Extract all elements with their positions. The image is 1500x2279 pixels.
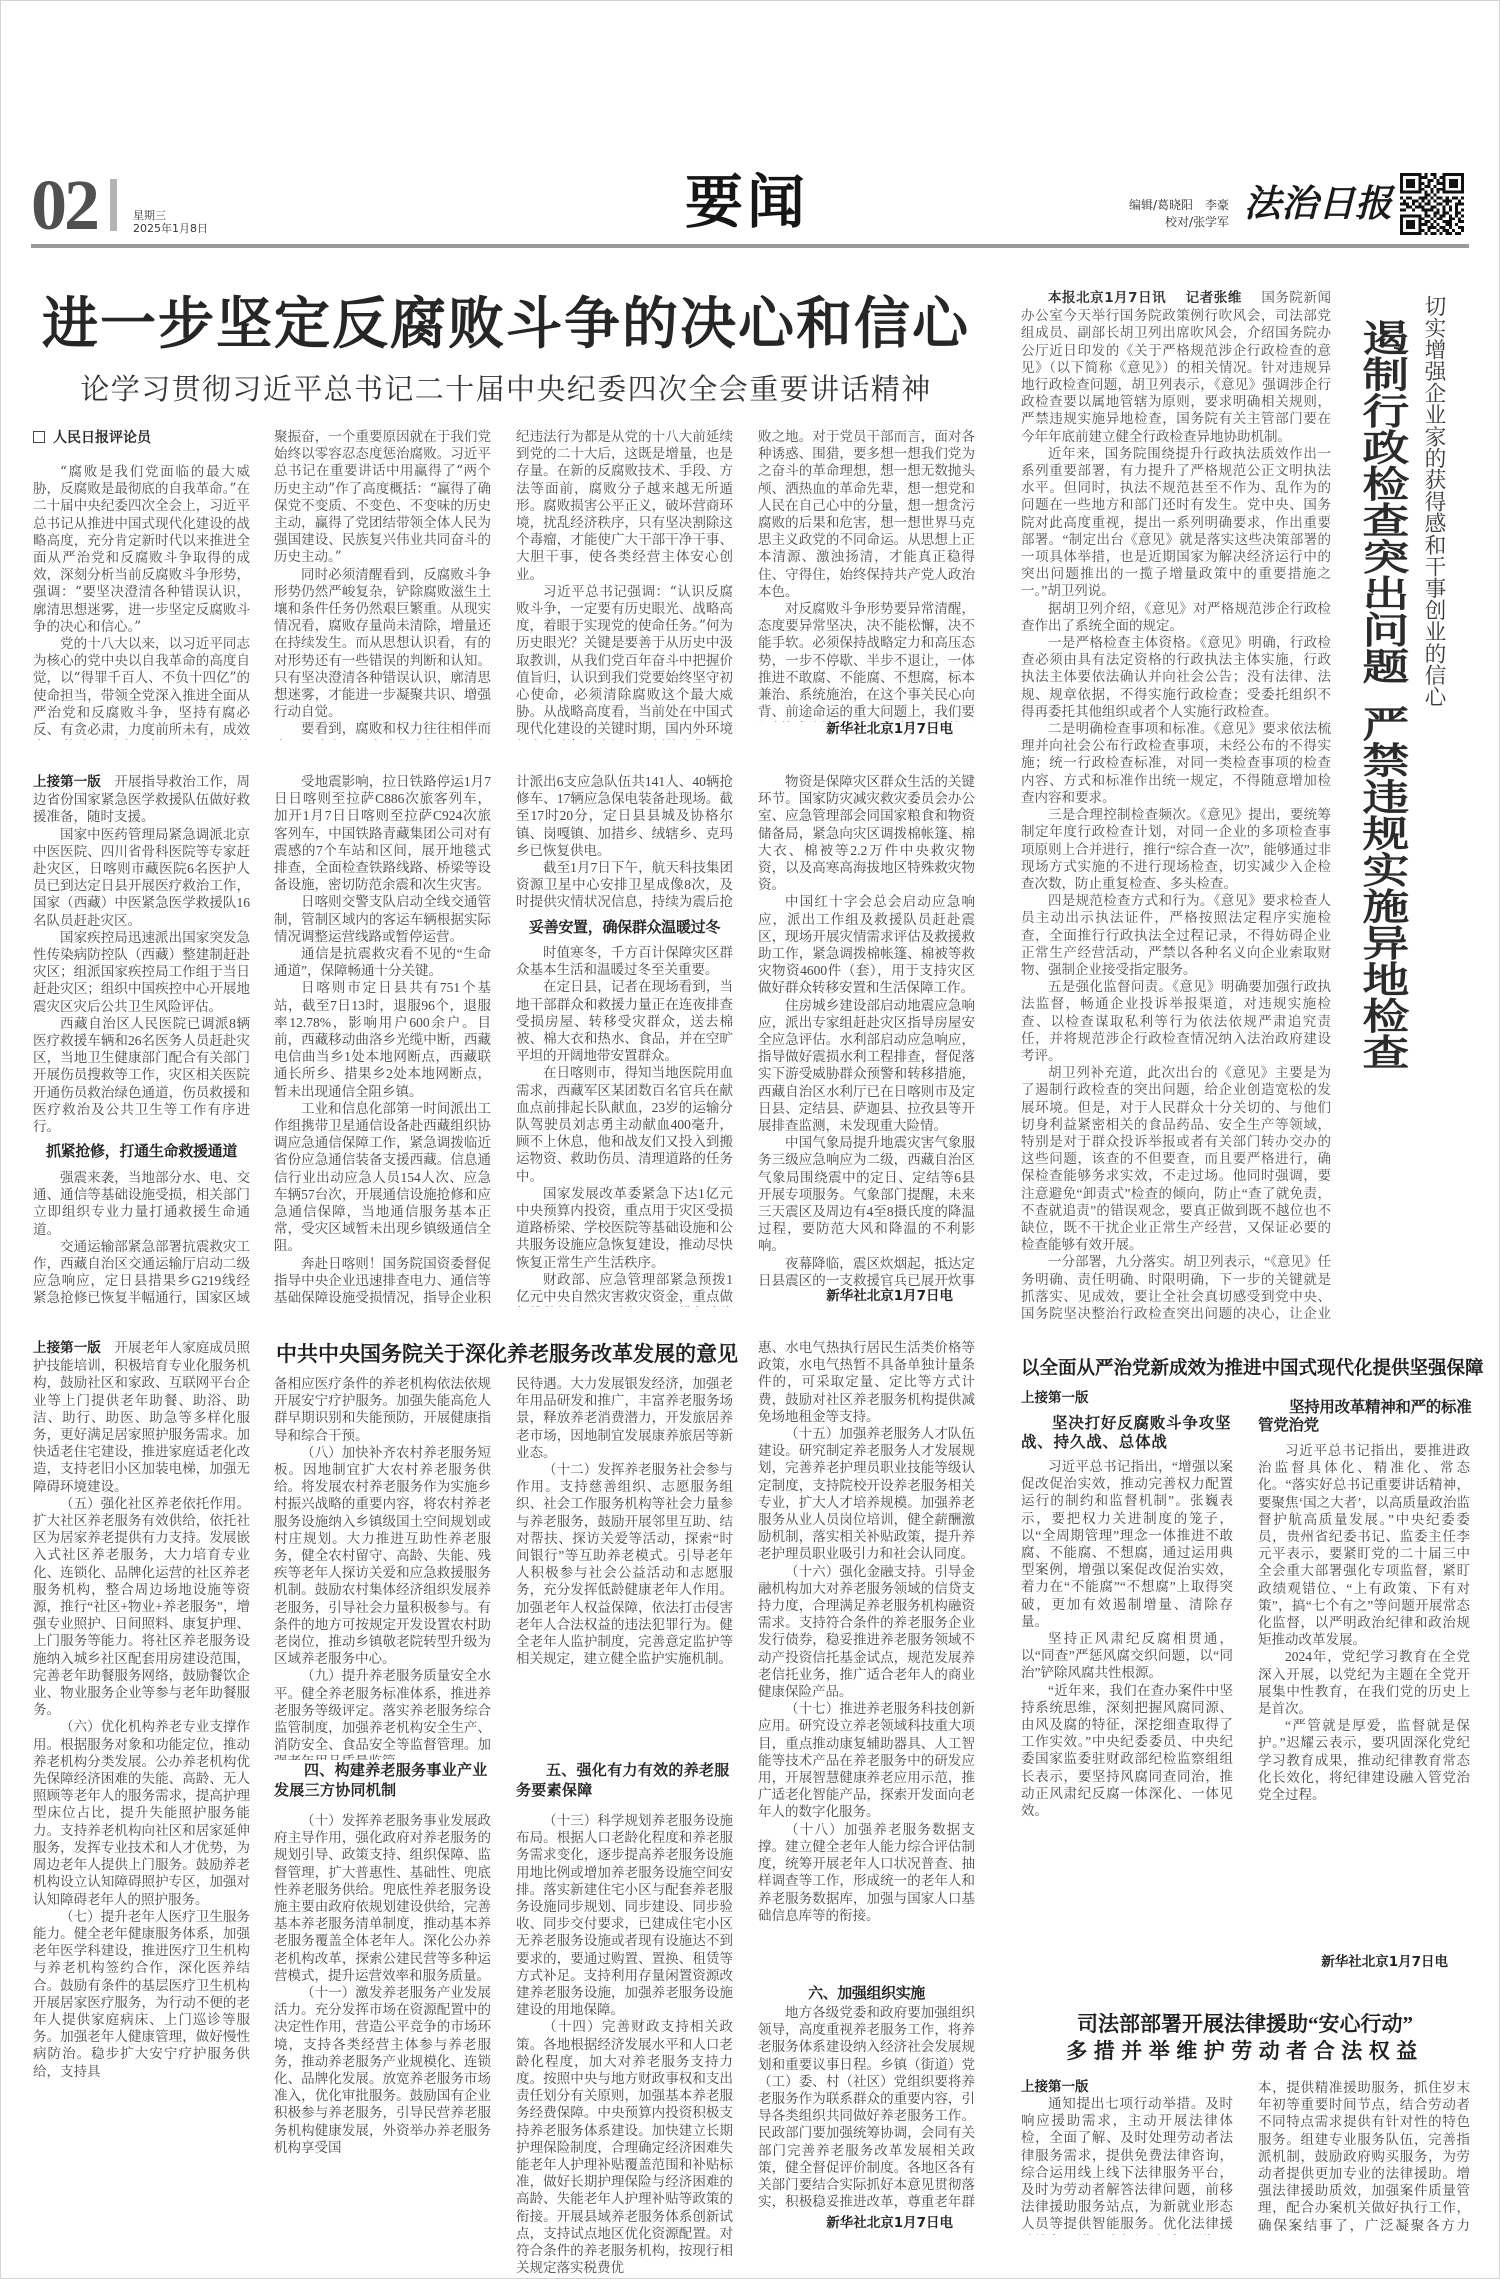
lead-column-2: 聚振奋，一个重要原因就在于我们党始终以零容忍态度惩治腐败。习近平总书记在重要讲话…: [274, 429, 491, 740]
headline-part-2: 严禁违规实施异地检查: [1356, 705, 1408, 1070]
quake-column-1-continued: 强震来袭，当地部分水、电、交通、通信等基础设施受损，相关部门立即组织专业力量打通…: [33, 1169, 250, 1307]
header-divider-bar: [110, 179, 117, 231]
paragraph: 二是明确检查事项和标准。《意见》要求依法梳理并向社会公布行政检查事项，未经公布的…: [1021, 720, 1331, 806]
eldercare-column-4: 惠、水电气热执行居民生活类价格等政策，水电气热暂不具备单独计量条件的，可采取定量…: [758, 1339, 975, 1981]
paragraph: （十一）激发养老服务产业发展活力。充分发挥市场在资源配置中的决定性作用，营造公平…: [274, 1984, 491, 2156]
continued-label: 上接第一版: [33, 774, 101, 790]
party-headline: 以全面从严治党新成效为推进中国式现代化提供坚强保障: [1021, 1358, 1469, 1380]
inspection-vertical-headline: 遏制行政检查突出问题严禁违规实施异地检查: [1359, 319, 1406, 1089]
paragraph: （十二）发挥养老服务社会参与作用。支持慈善组织、志愿服务组织、社会工作服务机构等…: [516, 1461, 733, 1667]
dateline-label: 本报北京1月7日讯: [1048, 290, 1166, 306]
eldercare-section-5-heading: 五、强化有力有效的养老服 务要素保障: [516, 1760, 733, 1800]
paragraph: 国家发展改革委紧急下达1亿元中央预算内投资，重点用于灾区受损道路桥梁、学校医院等…: [516, 1185, 733, 1271]
paragraph: 四是规范检查方式和行为。《意见》要求检查人员主动出示执法证件，严格按照法定程序实…: [1021, 892, 1331, 978]
paragraph: 地方各级党委和政府要加强组织领导，高度重视养老服务工作，将养老服务体系建设纳入经…: [758, 2004, 975, 2210]
paragraph: （十）发挥养老服务事业发展政府主导作用，强化政府对养老服务的规划引导、政策支持、…: [274, 1812, 491, 1984]
date: 2025年1月8日: [133, 222, 208, 235]
paragraph: （七）提升老年人医疗卫生服务能力。健全老年健康服务体系，加强老年医学科建设，推进…: [33, 1908, 250, 2080]
paragraph: 上接第一版开展老年人家庭成员照护技能培训，积极培育专业化服务机构，鼓励社区和家政…: [33, 1339, 250, 1495]
eldercare-column-1: 上接第一版开展老年人家庭成员照护技能培训，积极培育专业化服务机构，鼓励社区和家政…: [33, 1339, 250, 2276]
lead-column-1: “腐败是我们党面临的最大威胁，反腐败是最彻底的自我革命。”在二十届中央纪委四次全…: [33, 464, 250, 740]
eldercare-column-3: 民待遇。大力发展银发经济，加强老年用品研发和推广，丰富养老服务场景，释放养老消费…: [516, 1375, 733, 1760]
party-column-a: 习近平总书记指出，“增强以案促改促治实效，推动完善权力配置运行的制约和监督机制”…: [1021, 1458, 1233, 1958]
paragraph: （六）优化机构养老专业支撑作用。根据服务对象和功能定位，推动养老机构分类发展。公…: [33, 1718, 250, 1907]
paragraph: 物资是保障灾区群众生活的关键环节。国家防灾减灾救灾委员会办公室、应急管理部会同国…: [758, 773, 975, 893]
issue-date: 星期三 2025年1月8日: [133, 209, 208, 235]
lead-byline: 人民日报评论员: [33, 429, 151, 447]
heading-line-2: 管党治党: [1258, 1416, 1470, 1434]
heading-line-2: 战、持久战、总体战: [1021, 1433, 1233, 1452]
proofreader: 校对/张学军: [1081, 214, 1229, 231]
eldercare-column-4-continued: 地方各级党委和政府要加强组织领导，高度重视养老服务工作，将养老服务体系建设纳入经…: [758, 2004, 975, 2210]
paragraph: 财政部、应急管理部紧急预拨1亿元中央自然灾害救灾资金，重点做好搜救转移安置受灾人…: [516, 1271, 733, 1307]
byline-text: 人民日报评论员: [53, 430, 151, 446]
eldercare-section-4-heading: 四、构建养老服务事业产业 发展三方协同机制: [274, 1760, 491, 1800]
paragraph: 时值寒冬，千方百计保障灾区群众基本生活和温暖过冬至关重要。: [516, 944, 733, 978]
paragraph: 坚持正风肃纪反腐相贯通，以“同查”严惩风腐交织问题，以“同治”铲除风腐共性根源。: [1021, 1630, 1233, 1682]
heading-line-1: 五、强化有力有效的养老服: [516, 1760, 733, 1780]
quake-subheading-resettlement: 妥善安置，确保群众温暖过冬: [516, 910, 733, 944]
header-rule: [31, 244, 1469, 248]
paragraph: 西藏自治区人民医院已调派8辆医疗救援车辆和26名医务人员赶赴灾区，当地卫生健康部…: [33, 1015, 250, 1135]
paragraph: 本，提供精准援助服务，抓住岁末年初等重要时间节点，结合劳动者不同特点需求提供有针…: [1258, 2079, 1470, 2235]
party-dateline: 新华社北京1月7日电: [1258, 1954, 1470, 1971]
quake-dateline: 新华社北京1月7日电: [758, 1288, 975, 1305]
paragraph: 习近平总书记强调：“认识反腐败斗争，一定要有历史眼光、战略高度，着眼于实现党的使…: [516, 584, 733, 740]
paragraph: 败之地。对于党员干部而言，面对各种诱惑、围猎，要多想一想我们党为之奋斗的革命理想…: [758, 429, 975, 601]
paragraph: 备相应医疗条件的养老机构依法依规开展安宁疗护服务。加强失能高危人群早期识别和失能…: [274, 1375, 491, 1444]
paragraph: 夜幕降临，震区炊烟起，抵达定日县震区的一支救援官兵已展开炊事作业，预计可保障30…: [758, 1255, 975, 1289]
paragraph: 交通运输部紧急部署抗震救灾工作，西藏自治区交通运输厅启动二级应急响应，定日县措果…: [33, 1238, 250, 1307]
continued-label: 上接第一版: [1021, 1390, 1089, 1407]
paragraph: 党的十八大以来，以习近平同志为核心的党中央以自我革命的高度自觉，以“得罪千百人、…: [33, 636, 250, 740]
paragraph: 国家中医药管理局紧急调派北京中医医院、四川省骨科医院等专家赶赴灾区，日喀则市藏医…: [33, 826, 250, 929]
reporter-name: 记者张维: [1185, 290, 1242, 306]
eldercare-column-2: 备相应医疗条件的养老机构依法依规开展安宁疗护服务。加强失能高危人群早期识别和失能…: [274, 1375, 491, 1760]
page-number: 02: [31, 169, 97, 241]
paragraph: 通知提出七项行动举措。及时响应援助需求，主动开展法律体检，全面了解、及时处理劳动…: [1021, 2095, 1233, 2235]
paragraph: 日喀则交警支队启动全线交通管制，管制区域内的客运车辆根据实际情况调整运营线路或暂…: [274, 893, 491, 945]
heading-line-1: 四、构建养老服务事业产业: [274, 1760, 491, 1780]
paragraph: 中国气象局提升地震灾害气象服务三级应急响应为二级，西藏自治区气象局围绕震中的定日…: [758, 1134, 975, 1254]
heading-line-1: 坚决打好反腐败斗争攻坚: [1021, 1414, 1233, 1433]
headline-part-1: 遏制行政检查突出问题: [1356, 319, 1408, 684]
eldercare-column-3-continued: （十三）科学规划养老服务设施布局。根据人口老龄化程度和养老服务需求变化，逐步提高…: [516, 1812, 733, 2276]
paragraph: （十六）强化金融支持。引导金融机构加大对养老服务领域的信贷支持力度，合理满足养老…: [758, 1563, 975, 1701]
lead-paragraph: 本报北京1月7日讯记者张维国务院新闻办公室今天举行国务院政策例行吹风会，司法部党…: [1021, 289, 1331, 445]
newspaper-page: 02 星期三 2025年1月8日 要闻 编辑/葛晓阳 李豪 校对/张学军 法治日…: [0, 0, 1500, 2279]
paragraph: （九）提升养老服务质量安全水平。健全养老服务标准体系，推进养老服务等级评定。落实…: [274, 1667, 491, 1760]
paragraph: 截至1月7日下午，航天科技集团资源卫星中心安排卫星成像8次，及时提供灾情状况信息…: [516, 859, 733, 910]
editor-credits: 编辑/葛晓阳 李豪 校对/张学军: [1081, 197, 1229, 231]
paragraph: 近年来，国务院围绕提升行政执法质效作出一系列重要部署，有力提升了严格规范公正文明…: [1021, 445, 1331, 600]
paragraph: （十八）加强养老服务数据支撑。建立健全老年人能力综合评估制度，统筹开展老年人口状…: [758, 1821, 975, 1924]
paragraph-text: 开展老年人家庭成员照护技能培训，积极培育专业化服务机构，鼓励社区和家政、互联网平…: [33, 1340, 250, 1494]
section-title: 要闻: [685, 174, 809, 232]
party-column-b: 习近平总书记指出，要推进政治监督具体化、精准化、常态化。“落实好总书记重要讲话精…: [1258, 1442, 1470, 1946]
inspection-vertical-kicker: 切实增强企业家的获得感和干事创业的信心: [1421, 295, 1445, 725]
eldercare-column-2-continued: （十）发挥养老服务事业发展政府主导作用，强化政府对养老服务的规划引导、政策支持、…: [274, 1812, 491, 2276]
qr-code-icon: [1400, 173, 1464, 235]
paragraph: 中国红十字会总会启动应急响应，派出工作组及救援队员赶赴震区，现场开展灾情需求评估…: [758, 893, 975, 996]
byline-box-icon: [33, 431, 45, 443]
paragraph: 民待遇。大力发展银发经济，加强老年用品研发和推广，丰富养老服务场景，释放养老消费…: [516, 1375, 733, 1461]
paragraph: 胡卫列补充道，此次出台的《意见》主要是为了遏制行政检查的突出问题，给企业创造宽松…: [1021, 1064, 1331, 1253]
paragraph: “严管就是厚爱，监督就是保护。”迟耀云表示，要巩固深化党纪学习教育成果，推动纪律…: [1258, 1717, 1470, 1803]
continued-label: 上接第一版: [1021, 2079, 1089, 2096]
paragraph: “腐败是我们党面临的最大威胁，反腐败是最彻底的自我革命。”在二十届中央纪委四次全…: [33, 464, 250, 636]
heading-line-2: 务要素保障: [516, 1780, 733, 1800]
eldercare-section-6-heading: 六、加强组织实施: [758, 1983, 975, 2003]
paragraph: 受地震影响，拉日铁路停运1月7日日喀则至拉萨C886次旅客列车，加开1月7日日喀…: [274, 773, 491, 893]
quake-column-3: 计派出6支应急队伍共141人、40辆抢修车、17辆应急保电装备赴现场。截至17时…: [516, 773, 733, 910]
paragraph: （十四）完善财政支持相关政策。各地根据经济发展水平和人口老龄化程度，加大对养老服…: [516, 2018, 733, 2276]
masthead-logo: 法治日报: [1244, 179, 1392, 231]
legal-aid-headline: 司法部部署开展法律援助“安心行动”: [1021, 2011, 1469, 2037]
continued-label: 上接第一版: [33, 1340, 101, 1356]
paragraph: 奔赴日喀则！国务院国资委督促指导中央企业迅速排查电力、通信等基础保障设施受损情况…: [274, 1255, 491, 1307]
paragraph: （十五）加强养老服务人才队伍建设。研究制定养老服务人才发展规划，完善养老护理员职…: [758, 1425, 975, 1563]
paragraph: （八）加快补齐农村养老服务短板。因地制宜扩大农村养老服务供给。将发展农村养老服务…: [274, 1444, 491, 1668]
paragraph: （五）强化社区养老依托作用。扩大社区养老服务有效供给，依托社区为居家养老提供有力…: [33, 1495, 250, 1719]
paragraph: 三是合理控制检查频次。《意见》提出，要统筹制定年度行政检查计划，对同一企业的多项…: [1021, 806, 1331, 892]
quake-column-3-continued: 时值寒冬，千方百计保障灾区群众基本生活和温暖过冬至关重要。 在定日县，记者在现场…: [516, 944, 733, 1307]
paragraph: 2024年，党纪学习教育在全党深入开展，以党纪为主题在全党开展集中性教育，在我们…: [1258, 1648, 1470, 1717]
paragraph: 习近平总书记指出，“增强以案促改促治实效，推动完善权力配置运行的制约和监督机制”…: [1021, 1458, 1233, 1630]
heading-line-2: 发展三方协同机制: [274, 1780, 491, 1800]
paragraph: （十三）科学规划养老服务设施布局。根据人口老龄化程度和养老服务需求变化，逐步提高…: [516, 1812, 733, 2018]
lead-subheadline: 论学习贯彻习近平总书记二十届中央纪委四次全会重要讲话精神: [1, 372, 1011, 406]
paragraph: 同时必须清醒看到，反腐败斗争形势仍然严峻复杂，铲除腐败滋生土壤和条件任务仍然艰巨…: [274, 567, 491, 722]
lead-column-4: 败之地。对于党员干部而言，面对各种诱惑、围猎，要多想一想我们党为之奋斗的革命理想…: [758, 429, 975, 722]
paragraph: 一分部署，九分落实。胡卫列表示，“《意见》任务明确、责任明确、时限明确，下一步的…: [1021, 1253, 1331, 1323]
paragraph: 住房城乡建设部启动地震应急响应，派出专家组赶赴灾区指导房屋安全应急评估。水利部启…: [758, 997, 975, 1135]
paragraph: 日喀则市定日县共有751个基站，截至7日13时，退服96个，退服率12.78%，…: [274, 979, 491, 1099]
paragraph: 对反腐败斗争形势要异常清醒，态度要异常坚决，决不能松懈，决不能手软。必须保持战略…: [758, 601, 975, 722]
paragraph: 工业和信息化部第一时间派出工作组携带卫星通信设备赴西藏组织协调应急通信保障工作，…: [274, 1100, 491, 1255]
legal-aid-subheadline: 多措并举维护劳动者合法权益: [1021, 2038, 1469, 2064]
lead-headline: 进一步坚定反腐败斗争的决心和信心: [1, 295, 1011, 355]
quake-column-4: 物资是保障灾区群众生活的关键环节。国家防灾减灾救灾委员会办公室、应急管理部会同国…: [758, 773, 975, 1289]
paragraph: 一是严格检查主体资格。《意见》明确，行政检查必须由具有法定资格的行政执法主体实施…: [1021, 634, 1331, 720]
quake-subheading-repair: 抓紧抢修，打通生命救援通道: [33, 1134, 250, 1168]
party-subheading-b: 坚持用改革精神和严的标准 管党治党: [1258, 1398, 1470, 1434]
eldercare-headline: 中共中央国务院关于深化养老服务改革发展的意见: [263, 1342, 751, 1366]
paragraph: 纪违法行为都是从党的十八大前延续到党的二十大后，这既是增量，也是存量。在新的反腐…: [516, 429, 733, 584]
legal-aid-column-a: 通知提出七项行动举措。及时响应援助需求，主动开展法律体检，全面了解、及时处理劳动…: [1021, 2095, 1233, 2235]
editors: 编辑/葛晓阳 李豪: [1081, 197, 1229, 214]
quake-column-2: 受地震影响，拉日铁路停运1月7日日喀则至拉萨C886次旅客列车，加开1月7日日喀…: [274, 773, 491, 1307]
paragraph: 通信是抗震救灾看不见的“生命通道”，保障畅通十分关键。: [274, 945, 491, 979]
paragraph-text: 国务院新闻办公室今天举行国务院政策例行吹风会，司法部党组成员、副部长胡卫列出席吹…: [1021, 290, 1331, 444]
paragraph: 在定日县，记者在现场看到，当地干部群众和救援力量正在连夜排查受损房屋、转移受灾群…: [516, 978, 733, 1064]
eldercare-dateline: 新华社北京1月7日电: [758, 2215, 975, 2232]
paragraph: 据胡卫列介绍，《意见》对严格规范涉企行政检查作出了系统全面的规定。: [1021, 600, 1331, 634]
paragraph: 习近平总书记指出，要推进政治监督具体化、精准化、常态化。“落实好总书记重要讲话精…: [1258, 1442, 1470, 1648]
paragraph: 国家疾控局迅速派出国家突发急性传染病防控队（西藏）整建制赶赴灾区；组派国家疾控局…: [33, 929, 250, 1015]
paragraph: 五是强化监督问责。《意见》明确要加强行政执法监督，畅通企业投诉举报渠道，对违规实…: [1021, 978, 1331, 1064]
paragraph: 上接第一版开展指导救治工作，周边省份国家紧急医学救援队伍做好救援准备，随时支援。: [33, 773, 250, 826]
paragraph: “近年来，我们在查办案件中坚持系统思维，深刻把握风腐同源、由风及腐的特征，深挖细…: [1021, 1682, 1233, 1820]
lead-column-3: 纪违法行为都是从党的十八大前延续到党的二十大后，这既是增量，也是存量。在新的反腐…: [516, 429, 733, 740]
quake-column-1: 上接第一版开展指导救治工作，周边省份国家紧急医学救援队伍做好救援准备，随时支援。…: [33, 773, 250, 1135]
paragraph: 计派出6支应急队伍共141人、40辆抢修车、17辆应急保电装备赴现场。截至17时…: [516, 773, 733, 859]
paragraph: 要看到，腐败和权力往往相伴而生，这决定了同腐败作斗争是一个长期的历史过程。只要滋…: [274, 721, 491, 740]
party-subheading-a: 坚决打好反腐败斗争攻坚 战、持久战、总体战: [1021, 1414, 1233, 1452]
paragraph: 强震来袭，当地部分水、电、交通、通信等基础设施受损，相关部门立即组织专业力量打通…: [33, 1169, 250, 1238]
lead-dateline: 新华社北京1月7日电: [758, 721, 975, 738]
paragraph: （十七）推进养老服务科技创新应用。研究设立养老领域科技重大项目，重点推动康复辅助…: [758, 1700, 975, 1820]
inspection-article-body: 本报北京1月7日讯记者张维国务院新闻办公室今天举行国务院政策例行吹风会，司法部党…: [1021, 289, 1331, 1323]
heading-line-1: 坚持用改革精神和严的标准: [1258, 1398, 1470, 1416]
paragraph: 惠、水电气热执行居民生活类价格等政策，水电气热暂不具备单独计量条件的，可采取定量…: [758, 1339, 975, 1425]
paragraph: 在日喀则市，得知当地医院用血需求，西藏军区某团数百名官兵在献血点前排起长队献血，…: [516, 1064, 733, 1184]
weekday: 星期三: [133, 209, 208, 222]
legal-aid-column-b: 本，提供精准援助服务，抓住岁末年初等重要时间节点，结合劳动者不同特点需求提供有针…: [1258, 2079, 1470, 2235]
paragraph: 聚振奋，一个重要原因就在于我们党始终以零容忍态度惩治腐败。习近平总书记在重要讲话…: [274, 429, 491, 567]
qr-code-graphic: [1400, 173, 1464, 235]
